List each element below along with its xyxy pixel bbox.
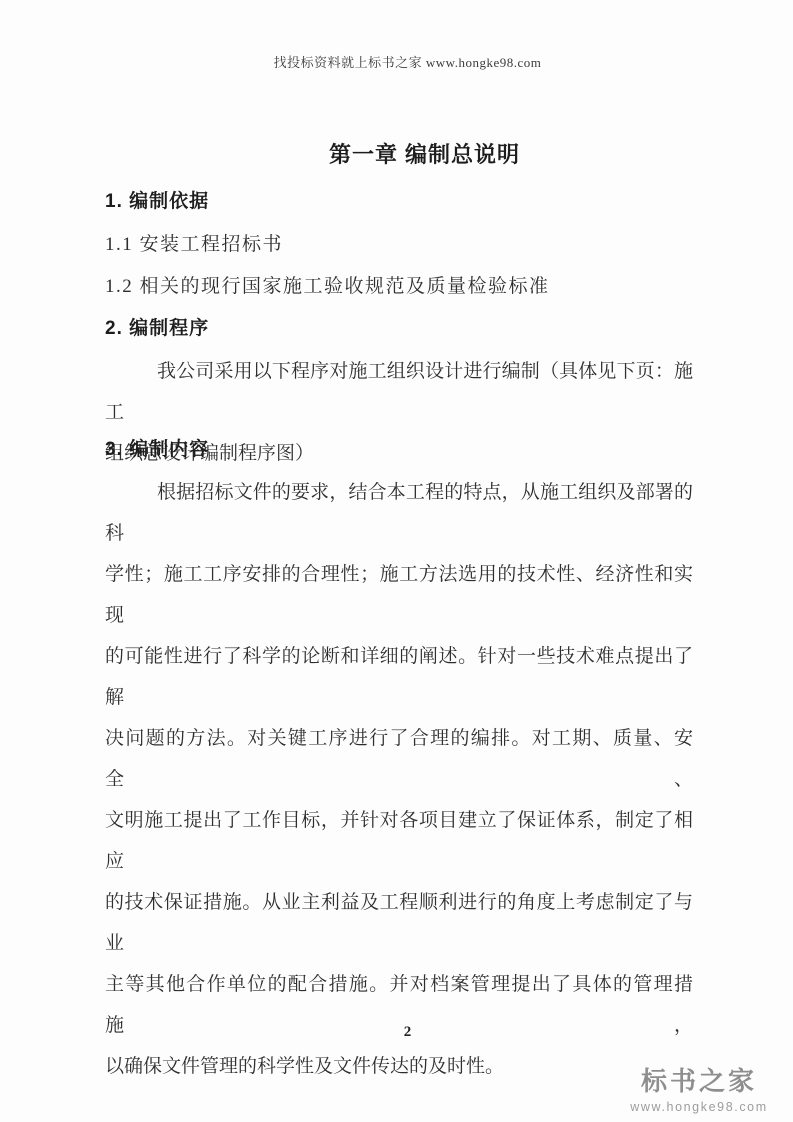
document-page: 找投标资料就上标书之家 www.hongke98.com 第一章 编制总说明 1… bbox=[0, 0, 793, 1122]
list-item-1-1: 1.1 安装工程招标书 bbox=[105, 229, 693, 256]
paragraph-line: 我公司采用以下程序对施工组织设计进行编制（具体见下页：施工 bbox=[105, 351, 693, 433]
chapter-title: 第一章 编制总说明 bbox=[28, 138, 793, 169]
header-text: 找投标资料就上标书之家 www.hongke98.com bbox=[274, 55, 542, 70]
paragraph-line: 根据招标文件的要求，结合本工程的特点，从施工组织及部署的科 bbox=[105, 472, 693, 554]
section-heading-3: 3. 编制内容 bbox=[105, 434, 693, 461]
paragraph-line: 文明施工提出了工作目标，并针对各项目建立了保证体系，制定了相应 bbox=[105, 800, 693, 882]
paragraph-line: 决问题的方法。对关键工序进行了合理的编排。对工期、质量、安全、 bbox=[105, 718, 693, 800]
watermark-url: www.hongke98.com bbox=[610, 1100, 788, 1114]
page-header: 找投标资料就上标书之家 www.hongke98.com bbox=[11, 52, 793, 71]
section-heading-2: 2. 编制程序 bbox=[105, 313, 693, 340]
paragraph-line: 学性；施工工序安排的合理性；施工方法选用的技术性、经济性和实现 bbox=[105, 554, 693, 636]
watermark-logo: 标书之家 bbox=[610, 1061, 788, 1098]
paragraph-line: 的技术保证措施。从业主利益及工程顺利进行的角度上考虑制定了与业 bbox=[105, 882, 693, 964]
paragraph-line: 的可能性进行了科学的论断和详细的阐述。针对一些技术难点提出了解 bbox=[105, 636, 693, 718]
watermark: 标书之家 www.hongke98.com bbox=[610, 1061, 788, 1114]
page-number: 2 bbox=[11, 1024, 793, 1041]
section-heading-1: 1. 编制依据 bbox=[105, 186, 693, 213]
section-3-paragraph: 根据招标文件的要求，结合本工程的特点，从施工组织及部署的科 学性；施工工序安排的… bbox=[105, 472, 693, 1087]
list-item-1-2: 1.2 相关的现行国家施工验收规范及质量检验标准 bbox=[105, 271, 693, 298]
paragraph-line: 以确保文件管理的科学性及文件传达的及时性。 bbox=[105, 1046, 693, 1087]
